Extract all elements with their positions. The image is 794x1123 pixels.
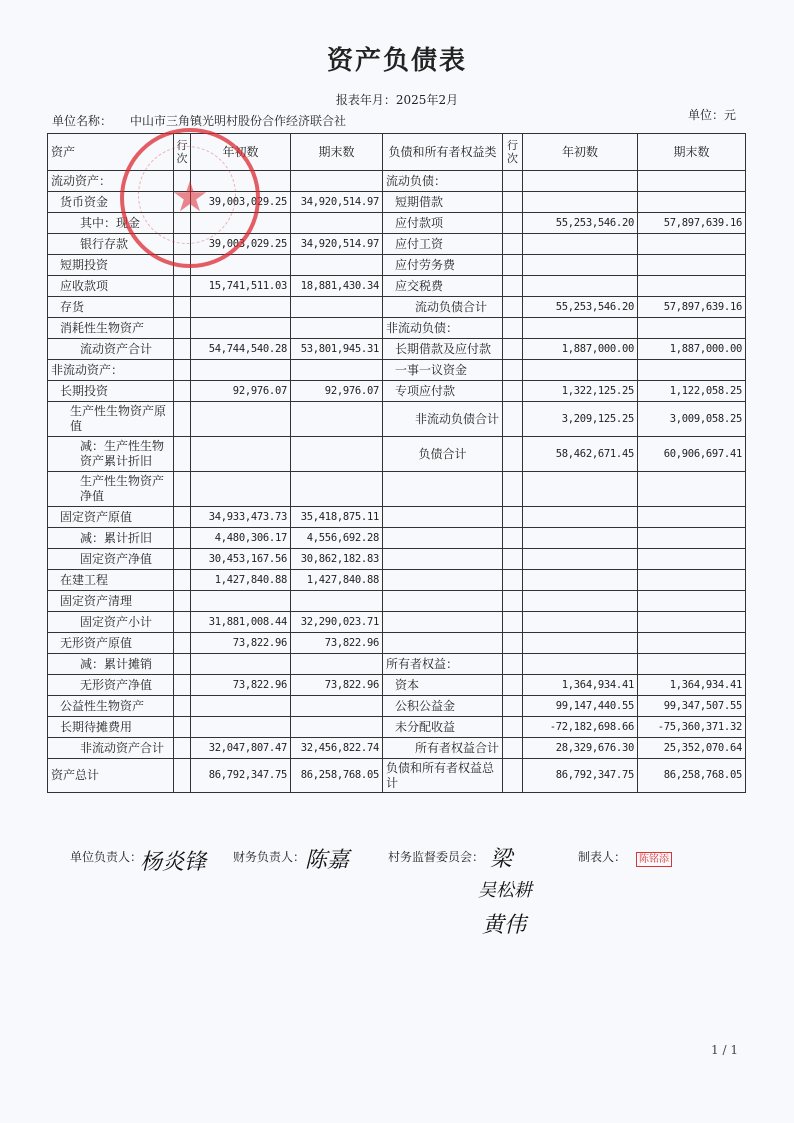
line-no-b — [503, 528, 523, 549]
header-assets: 资产 — [48, 134, 174, 171]
liability-begin-value — [523, 612, 638, 633]
line-no-b — [503, 402, 523, 437]
asset-end-value: 32,290,023.71 — [291, 612, 383, 633]
liability-begin-value — [523, 654, 638, 675]
liability-label: 负债和所有者权益总计 — [383, 759, 503, 793]
asset-label: 长期投资 — [48, 381, 174, 402]
table-row: 无形资产净值73,822.9673,822.96资本1,364,934.411,… — [48, 675, 746, 696]
asset-label: 长期待摊费用 — [48, 717, 174, 738]
line-no-b — [503, 192, 523, 213]
line-no-a — [174, 612, 191, 633]
line-no-b — [503, 696, 523, 717]
balance-sheet-table: 资产 行次 年初数 期末数 负债和所有者权益类 行次 年初数 期末数 流动资产：… — [47, 133, 746, 793]
table-row: 在建工程1,427,840.881,427,840.88 — [48, 570, 746, 591]
asset-label: 无形资产净值 — [48, 675, 174, 696]
liability-label — [383, 570, 503, 591]
table-row: 长期投资92,976.0792,976.07专项应付款1,322,125.251… — [48, 381, 746, 402]
liability-begin-value: 28,329,676.30 — [523, 738, 638, 759]
liability-end-value — [638, 192, 746, 213]
table-row: 非流动资产合计32,047,807.4732,456,822.74所有者权益合计… — [48, 738, 746, 759]
asset-begin-value — [191, 360, 291, 381]
line-no-a — [174, 297, 191, 318]
line-no-b — [503, 437, 523, 472]
asset-begin-value — [191, 171, 291, 192]
liability-begin-value: 1,322,125.25 — [523, 381, 638, 402]
line-no-b — [503, 234, 523, 255]
asset-label: 减：生产性生物资产累计折旧 — [48, 437, 174, 472]
asset-end-value: 18,881,430.34 — [291, 276, 383, 297]
liability-end-value — [638, 360, 746, 381]
line-no-a — [174, 507, 191, 528]
asset-end-value — [291, 472, 383, 507]
asset-begin-value: 30,453,167.56 — [191, 549, 291, 570]
header-begin-b: 年初数 — [523, 134, 638, 171]
page-indicator: 1 / 1 — [711, 1043, 738, 1057]
asset-end-value — [291, 255, 383, 276]
asset-label: 消耗性生物资产 — [48, 318, 174, 339]
liability-end-value: 1,364,934.41 — [638, 675, 746, 696]
asset-end-value: 34,920,514.97 — [291, 234, 383, 255]
asset-label: 流动资产： — [48, 171, 174, 192]
asset-label: 固定资产净值 — [48, 549, 174, 570]
asset-end-value — [291, 171, 383, 192]
line-no-b — [503, 297, 523, 318]
asset-end-value: 73,822.96 — [291, 633, 383, 654]
line-no-b — [503, 339, 523, 360]
asset-label: 无形资产原值 — [48, 633, 174, 654]
unit-name-value: 中山市三角镇光明村股份合作经济联合社 — [130, 114, 346, 128]
asset-begin-value — [191, 696, 291, 717]
asset-label: 固定资产原值 — [48, 507, 174, 528]
liability-label — [383, 528, 503, 549]
asset-begin-value: 1,427,840.88 — [191, 570, 291, 591]
line-no-a — [174, 570, 191, 591]
liability-begin-value — [523, 507, 638, 528]
asset-label: 应收款项 — [48, 276, 174, 297]
asset-label: 流动资产合计 — [48, 339, 174, 360]
asset-end-value: 30,862,182.83 — [291, 549, 383, 570]
line-no-b — [503, 276, 523, 297]
liability-label: 应交税费 — [383, 276, 503, 297]
line-no-b — [503, 570, 523, 591]
liability-end-value — [638, 612, 746, 633]
liability-begin-value: -72,182,698.66 — [523, 717, 638, 738]
line-no-a — [174, 528, 191, 549]
asset-end-value: 4,556,692.28 — [291, 528, 383, 549]
table-row: 其中：现金应付款项55,253,546.2057,897,639.16 — [48, 213, 746, 234]
asset-label: 存货 — [48, 297, 174, 318]
asset-end-value — [291, 318, 383, 339]
table-row: 减：累计摊销所有者权益： — [48, 654, 746, 675]
asset-end-value: 1,427,840.88 — [291, 570, 383, 591]
report-period: 报表年月：2025年2月 — [0, 91, 794, 108]
line-no-a — [174, 255, 191, 276]
asset-end-value: 35,418,875.11 — [291, 507, 383, 528]
liability-begin-value: 3,209,125.25 — [523, 402, 638, 437]
liability-end-value: 3,009,058.25 — [638, 402, 746, 437]
table-row: 消耗性生物资产非流动负债： — [48, 318, 746, 339]
liability-end-value — [638, 255, 746, 276]
asset-label: 资产总计 — [48, 759, 174, 793]
line-no-b — [503, 612, 523, 633]
liability-end-value: -75,360,371.32 — [638, 717, 746, 738]
liability-begin-value: 58,462,671.45 — [523, 437, 638, 472]
asset-label: 生产性生物资产净值 — [48, 472, 174, 507]
supervision-signature-2: 吴松耕 — [478, 876, 532, 902]
liability-begin-value — [523, 549, 638, 570]
asset-end-value — [291, 591, 383, 612]
report-title: 资产负债表 — [0, 40, 794, 77]
liability-end-value — [638, 570, 746, 591]
line-no-b — [503, 318, 523, 339]
header-end-a: 期末数 — [291, 134, 383, 171]
liability-label — [383, 633, 503, 654]
liability-label: 应付工资 — [383, 234, 503, 255]
line-no-a — [174, 192, 191, 213]
line-no-a — [174, 549, 191, 570]
liability-label: 资本 — [383, 675, 503, 696]
liability-label: 流动负债： — [383, 171, 503, 192]
asset-begin-value: 86,792,347.75 — [191, 759, 291, 793]
asset-label: 在建工程 — [48, 570, 174, 591]
liability-begin-value — [523, 528, 638, 549]
liability-begin-value: 1,364,934.41 — [523, 675, 638, 696]
table-row: 短期投资应付劳务费 — [48, 255, 746, 276]
liability-begin-value: 1,887,000.00 — [523, 339, 638, 360]
liability-begin-value — [523, 234, 638, 255]
header-begin-a: 年初数 — [191, 134, 291, 171]
liability-label: 所有者权益合计 — [383, 738, 503, 759]
line-no-b — [503, 738, 523, 759]
asset-begin-value: 73,822.96 — [191, 675, 291, 696]
line-no-a — [174, 472, 191, 507]
asset-begin-value: 34,933,473.73 — [191, 507, 291, 528]
asset-label: 固定资产清理 — [48, 591, 174, 612]
table-row: 资产总计86,792,347.7586,258,768.05负债和所有者权益总计… — [48, 759, 746, 793]
liability-begin-value — [523, 591, 638, 612]
asset-begin-value: 32,047,807.47 — [191, 738, 291, 759]
table-row: 存货流动负债合计55,253,546.2057,897,639.16 — [48, 297, 746, 318]
liability-label — [383, 591, 503, 612]
liability-end-value — [638, 472, 746, 507]
liability-end-value — [638, 633, 746, 654]
liability-end-value: 86,258,768.05 — [638, 759, 746, 793]
period-label: 报表年月： — [336, 93, 396, 107]
liability-end-value: 25,352,070.64 — [638, 738, 746, 759]
asset-label: 生产性生物资产原值 — [48, 402, 174, 437]
liability-end-value — [638, 171, 746, 192]
line-no-a — [174, 171, 191, 192]
asset-begin-value: 39,003,029.25 — [191, 192, 291, 213]
asset-begin-value: 31,881,008.44 — [191, 612, 291, 633]
asset-label: 短期投资 — [48, 255, 174, 276]
line-no-b — [503, 654, 523, 675]
asset-label: 非流动资产： — [48, 360, 174, 381]
liability-label: 流动负债合计 — [383, 297, 503, 318]
liability-end-value: 60,906,697.41 — [638, 437, 746, 472]
liability-end-value — [638, 234, 746, 255]
finance-head-label: 财务负责人： — [233, 848, 305, 865]
line-no-a — [174, 633, 191, 654]
table-row: 流动资产合计54,744,540.2853,801,945.31长期借款及应付款… — [48, 339, 746, 360]
asset-end-value — [291, 696, 383, 717]
line-no-a — [174, 381, 191, 402]
unit-name: 单位名称：中山市三角镇光明村股份合作经济联合社 — [52, 112, 346, 129]
liability-begin-value — [523, 276, 638, 297]
line-no-a — [174, 318, 191, 339]
line-no-a — [174, 675, 191, 696]
asset-label: 固定资产小计 — [48, 612, 174, 633]
line-no-b — [503, 717, 523, 738]
table-row: 生产性生物资产净值 — [48, 472, 746, 507]
line-no-a — [174, 360, 191, 381]
line-no-a — [174, 213, 191, 234]
liability-label — [383, 612, 503, 633]
asset-begin-value — [191, 654, 291, 675]
header-liabilities: 负债和所有者权益类 — [383, 134, 503, 171]
liability-end-value: 57,897,639.16 — [638, 213, 746, 234]
asset-end-value — [291, 297, 383, 318]
finance-head-signature: 陈嘉 — [305, 843, 349, 874]
period-value: 2025年2月 — [396, 93, 458, 107]
asset-begin-value: 73,822.96 — [191, 633, 291, 654]
liability-begin-value — [523, 633, 638, 654]
line-no-a — [174, 402, 191, 437]
line-no-a — [174, 759, 191, 793]
line-no-a — [174, 339, 191, 360]
table-row: 固定资产小计31,881,008.4432,290,023.71 — [48, 612, 746, 633]
asset-begin-value — [191, 255, 291, 276]
asset-begin-value — [191, 402, 291, 437]
liability-begin-value — [523, 472, 638, 507]
asset-begin-value: 4,480,306.17 — [191, 528, 291, 549]
table-row: 固定资产清理 — [48, 591, 746, 612]
asset-label: 减：累计折旧 — [48, 528, 174, 549]
liability-begin-value — [523, 360, 638, 381]
table-row: 公益性生物资产公积公益金99,147,440.5599,347,507.55 — [48, 696, 746, 717]
liability-label: 长期借款及应付款 — [383, 339, 503, 360]
liability-label: 专项应付款 — [383, 381, 503, 402]
line-no-a — [174, 276, 191, 297]
asset-label: 银行存款 — [48, 234, 174, 255]
table-header-row: 资产 行次 年初数 期末数 负债和所有者权益类 行次 年初数 期末数 — [48, 134, 746, 171]
line-no-b — [503, 591, 523, 612]
asset-label: 减：累计摊销 — [48, 654, 174, 675]
table-row: 无形资产原值73,822.9673,822.96 — [48, 633, 746, 654]
asset-begin-value: 92,976.07 — [191, 381, 291, 402]
line-no-b — [503, 171, 523, 192]
line-no-b — [503, 255, 523, 276]
asset-end-value — [291, 402, 383, 437]
asset-end-value: 73,822.96 — [291, 675, 383, 696]
line-no-b — [503, 381, 523, 402]
table-row: 生产性生物资产原值非流动负债合计3,209,125.253,009,058.25 — [48, 402, 746, 437]
asset-end-value — [291, 213, 383, 234]
table-row: 货币资金39,003,029.2534,920,514.97短期借款 — [48, 192, 746, 213]
liability-end-value — [638, 591, 746, 612]
liability-label: 应付款项 — [383, 213, 503, 234]
liability-label — [383, 507, 503, 528]
liability-label: 所有者权益： — [383, 654, 503, 675]
table-row: 减：生产性生物资产累计折旧负债合计58,462,671.4560,906,697… — [48, 437, 746, 472]
asset-begin-value: 54,744,540.28 — [191, 339, 291, 360]
liability-label — [383, 472, 503, 507]
line-no-b — [503, 507, 523, 528]
liability-end-value — [638, 528, 746, 549]
asset-begin-value — [191, 297, 291, 318]
liability-begin-value: 99,147,440.55 — [523, 696, 638, 717]
liability-end-value: 1,887,000.00 — [638, 339, 746, 360]
line-no-b — [503, 633, 523, 654]
header-end-b: 期末数 — [638, 134, 746, 171]
liability-begin-value: 86,792,347.75 — [523, 759, 638, 793]
liability-begin-value — [523, 255, 638, 276]
line-no-a — [174, 738, 191, 759]
asset-end-value — [291, 437, 383, 472]
liability-end-value: 57,897,639.16 — [638, 297, 746, 318]
table-row: 减：累计折旧4,480,306.174,556,692.28 — [48, 528, 746, 549]
liability-label: 应付劳务费 — [383, 255, 503, 276]
liability-end-value: 1,122,058.25 — [638, 381, 746, 402]
liability-end-value — [638, 318, 746, 339]
asset-begin-value — [191, 318, 291, 339]
header-line-no-a: 行次 — [174, 134, 191, 171]
liability-begin-value — [523, 171, 638, 192]
asset-label: 公益性生物资产 — [48, 696, 174, 717]
asset-begin-value — [191, 213, 291, 234]
liability-label: 非流动负债： — [383, 318, 503, 339]
table-row: 长期待摊费用未分配收益-72,182,698.66-75,360,371.32 — [48, 717, 746, 738]
liability-label: 非流动负债合计 — [383, 402, 503, 437]
line-no-b — [503, 472, 523, 507]
supervision-signature-1: 梁 — [490, 842, 512, 873]
asset-label: 货币资金 — [48, 192, 174, 213]
table-row: 银行存款39,003,029.2534,920,514.97应付工资 — [48, 234, 746, 255]
supervision-label: 村务监督委员会： — [388, 848, 484, 865]
liability-end-value — [638, 276, 746, 297]
liability-label — [383, 549, 503, 570]
asset-end-value: 34,920,514.97 — [291, 192, 383, 213]
unit-head-label: 单位负责人： — [70, 848, 142, 865]
line-no-b — [503, 213, 523, 234]
liability-label: 未分配收益 — [383, 717, 503, 738]
preparer-chop: 陈铭添 — [636, 852, 672, 867]
liability-begin-value — [523, 318, 638, 339]
liability-begin-value — [523, 192, 638, 213]
liability-begin-value: 55,253,546.20 — [523, 297, 638, 318]
unit-name-label: 单位名称： — [52, 114, 112, 128]
asset-end-value — [291, 360, 383, 381]
liability-label: 公积公益金 — [383, 696, 503, 717]
line-no-a — [174, 696, 191, 717]
line-no-a — [174, 654, 191, 675]
liability-end-value — [638, 654, 746, 675]
line-no-a — [174, 234, 191, 255]
asset-end-value — [291, 654, 383, 675]
asset-begin-value — [191, 472, 291, 507]
preparer-label: 制表人： — [578, 848, 626, 865]
asset-label: 其中：现金 — [48, 213, 174, 234]
line-no-b — [503, 759, 523, 793]
liability-label: 短期借款 — [383, 192, 503, 213]
liability-begin-value — [523, 570, 638, 591]
liability-begin-value: 55,253,546.20 — [523, 213, 638, 234]
table-row: 固定资产原值34,933,473.7335,418,875.11 — [48, 507, 746, 528]
liability-label: 一事一议资金 — [383, 360, 503, 381]
line-no-a — [174, 717, 191, 738]
liability-end-value: 99,347,507.55 — [638, 696, 746, 717]
asset-begin-value: 39,003,029.25 — [191, 234, 291, 255]
line-no-a — [174, 591, 191, 612]
asset-begin-value — [191, 591, 291, 612]
unit-head-signature: 杨炎锋 — [140, 845, 206, 876]
line-no-b — [503, 549, 523, 570]
table-row: 流动资产：流动负债： — [48, 171, 746, 192]
line-no-b — [503, 675, 523, 696]
header-line-no-b: 行次 — [503, 134, 523, 171]
asset-end-value: 53,801,945.31 — [291, 339, 383, 360]
asset-end-value: 92,976.07 — [291, 381, 383, 402]
table-row: 固定资产净值30,453,167.5630,862,182.83 — [48, 549, 746, 570]
asset-label: 非流动资产合计 — [48, 738, 174, 759]
table-row: 应收款项15,741,511.0318,881,430.34应交税费 — [48, 276, 746, 297]
asset-end-value: 86,258,768.05 — [291, 759, 383, 793]
liability-end-value — [638, 507, 746, 528]
table-row: 非流动资产：一事一议资金 — [48, 360, 746, 381]
currency-unit: 单位：元 — [688, 106, 736, 123]
line-no-a — [174, 437, 191, 472]
asset-begin-value: 15,741,511.03 — [191, 276, 291, 297]
asset-begin-value — [191, 717, 291, 738]
liability-end-value — [638, 549, 746, 570]
line-no-b — [503, 360, 523, 381]
asset-end-value — [291, 717, 383, 738]
asset-begin-value — [191, 437, 291, 472]
supervision-signature-3: 黄伟 — [482, 908, 526, 939]
asset-end-value: 32,456,822.74 — [291, 738, 383, 759]
liability-label: 负债合计 — [383, 437, 503, 472]
